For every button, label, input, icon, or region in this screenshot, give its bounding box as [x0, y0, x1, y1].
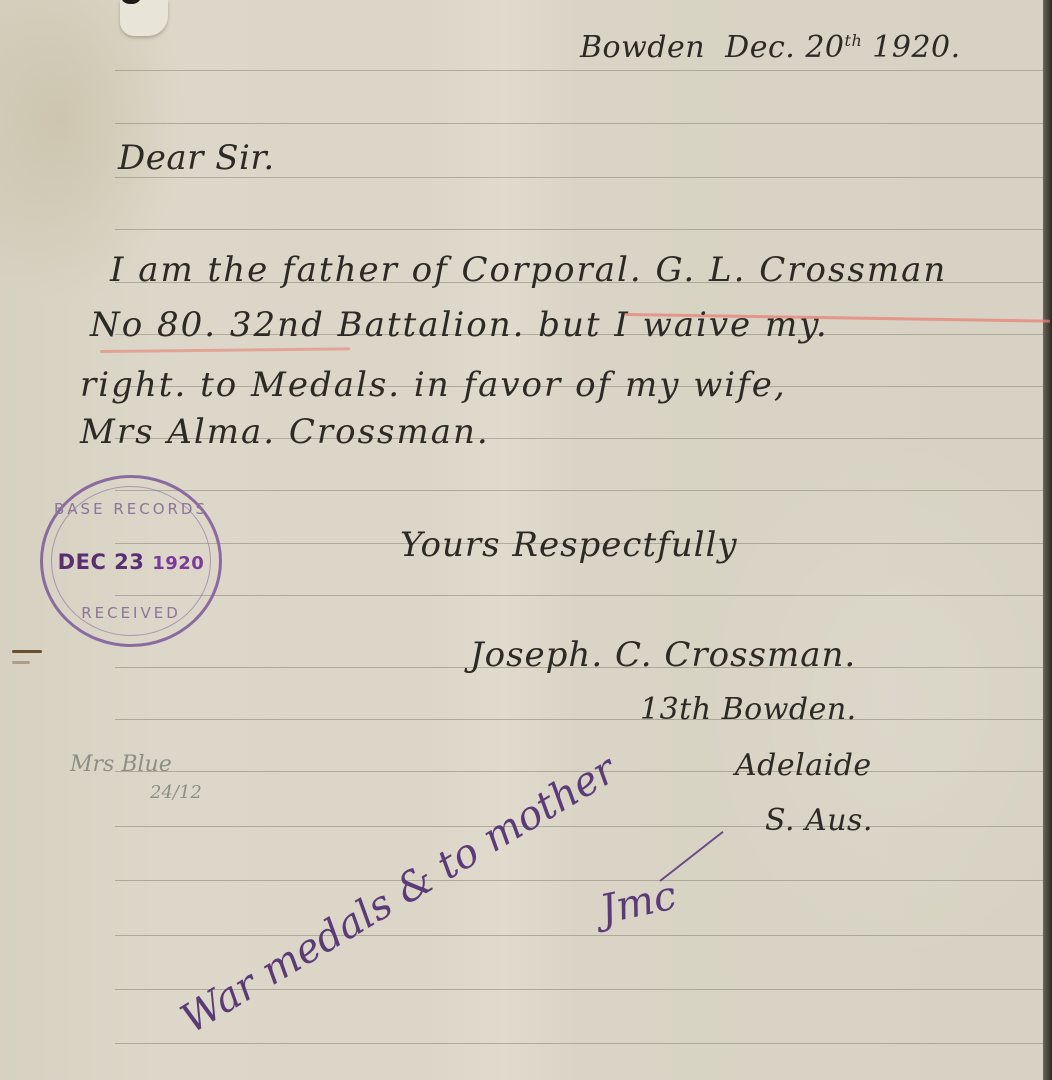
rule-line: [115, 123, 1043, 124]
closing: Yours Respectfully: [400, 525, 738, 565]
signature: Joseph. C. Crossman.: [470, 635, 856, 675]
stamp-date: DEC 23 1920: [43, 550, 219, 574]
page-edge-shadow: [1043, 0, 1052, 1080]
heading-place: Bowden: [580, 30, 705, 65]
address-line: Adelaide: [735, 748, 872, 783]
purple-initials: Jmc: [596, 873, 680, 934]
letter-heading: Bowden Dec. 20th 1920.: [580, 30, 961, 65]
rule-line: [115, 229, 1043, 230]
heading-date: Dec. 20: [725, 30, 844, 65]
rule-line: [115, 880, 1043, 881]
body-line: Mrs Alma. Crossman.: [80, 412, 490, 452]
pencil-note: Mrs Blue: [70, 752, 172, 777]
body-line: No 80. 32nd Battalion. but I waive my.: [90, 305, 829, 345]
stamp-top-text: BASE RECORDS: [43, 500, 219, 518]
body-line: I am the father of Corporal. G. L. Cross…: [110, 250, 947, 290]
rule-line: [115, 719, 1043, 720]
stamp-day: DEC 23: [58, 550, 145, 574]
rule-line: [115, 935, 1043, 936]
stamp-year: 1920: [152, 553, 204, 574]
initials-flourish: [659, 831, 723, 882]
stamp-bottom-text: RECEIVED: [43, 604, 219, 622]
rule-line: [115, 595, 1043, 596]
salutation: Dear Sir.: [118, 138, 275, 178]
rule-line: [115, 826, 1043, 827]
letter-page: Bowden Dec. 20th 1920. Dear Sir. I am th…: [0, 0, 1052, 1080]
rule-line: [115, 70, 1043, 71]
rule-line: [115, 490, 1043, 491]
torn-corner: [120, 0, 168, 36]
address-line: S. Aus.: [765, 803, 873, 838]
received-stamp: BASE RECORDS DEC 23 1920 RECEIVED: [40, 475, 222, 647]
address-line: 13th Bowden.: [640, 692, 857, 727]
heading-date-suffix: th: [845, 31, 863, 50]
margin-marks: [12, 650, 42, 672]
body-line: right. to Medals. in favor of my wife,: [80, 365, 787, 405]
red-underline: [100, 347, 350, 353]
rule-line: [115, 1043, 1043, 1044]
pencil-date: 24/12: [150, 782, 202, 803]
purple-note: War medals & to mother: [173, 747, 624, 1043]
heading-year: 1920.: [872, 30, 960, 65]
